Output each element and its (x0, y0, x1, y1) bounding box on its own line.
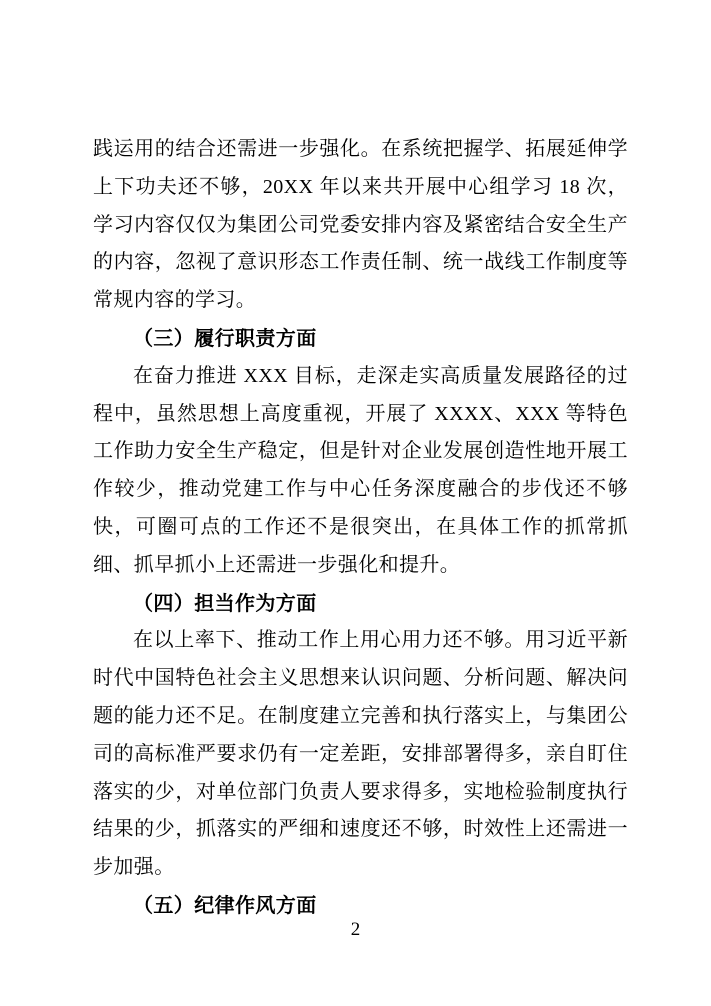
page-number: 2 (0, 918, 711, 942)
paragraph-responsibility: 在以上率下、推动工作上用心用力还不够。用习近平新时代中国特色社会主义思想来认识问… (93, 622, 628, 887)
paragraph-duty-performance: 在奋力推进 XXX 目标，走深走实高质量发展路径的过程中，虽然思想上高度重视，开… (93, 358, 628, 585)
document-text-block: 践运用的结合还需进一步强化。在系统把握学、拓展延伸学上下功夫还不够，20XX 年… (93, 131, 628, 925)
paragraph-learning-shortcomings: 践运用的结合还需进一步强化。在系统把握学、拓展延伸学上下功夫还不够，20XX 年… (93, 131, 628, 320)
document-page: 践运用的结合还需进一步强化。在系统把握学、拓展延伸学上下功夫还不够，20XX 年… (0, 0, 711, 1006)
heading-section-3-duty-performance: （三）履行职责方面 (93, 320, 628, 358)
heading-section-4-responsibility: （四）担当作为方面 (93, 585, 628, 623)
